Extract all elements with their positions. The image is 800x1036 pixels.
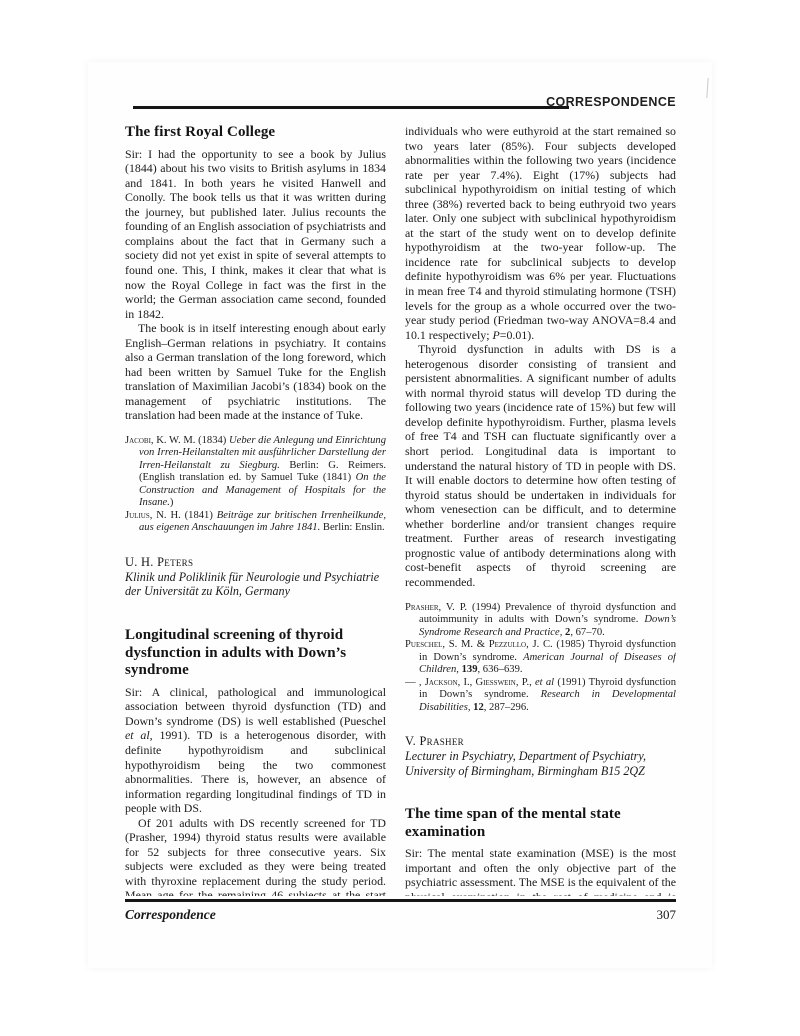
thyroid-references: Prasher, V. P. (1994) Prevalence of thyr…: [405, 602, 676, 715]
signature-prasher: V. Prasher Lecturer in Psychiatry, Depar…: [405, 734, 676, 778]
header-rule: [133, 106, 569, 109]
letter-title-mse-time-span: The time span of the mental state examin…: [405, 806, 676, 841]
signature-prasher-affiliation: Lecturer in Psychiatry, Department of Ps…: [405, 749, 676, 778]
royal-college-references: Jacobi, K. W. M. (1834) Ueber die Anlegu…: [125, 435, 386, 535]
letter-title-thyroid-screening: Longitudinal screening of thyroid dysfun…: [125, 627, 386, 680]
signature-peters-name: U. H. Peters: [125, 555, 386, 570]
letter-title-first-royal-college: The first Royal College: [125, 124, 386, 142]
signature-prasher-name: V. Prasher: [405, 734, 676, 749]
royal-college-paragraph-1: Sir: I had the opportunity to see a book…: [125, 147, 386, 322]
royal-college-paragraph-2: The book is in itself interesting enough…: [125, 321, 386, 423]
right-column: individuals who were euthyroid at the st…: [405, 124, 676, 896]
footer-journal-label: Correspondence: [125, 907, 216, 923]
mse-paragraph-1: Sir: The mental state examination (MSE) …: [405, 846, 676, 896]
reference-pueschel-pezzullo: Pueschel, S. M. & Pezzullo, J. C. (1985)…: [405, 639, 676, 677]
left-column: The first Royal College Sir: I had the o…: [125, 124, 386, 896]
reference-julius: Julius, N. H. (1841) Beiträge zur britis…: [125, 510, 386, 535]
reference-jacobi: Jacobi, K. W. M. (1834) Ueber die Anlegu…: [125, 435, 386, 510]
signature-peters: U. H. Peters Klinik und Poliklinik für N…: [125, 555, 386, 599]
footer-rule: [125, 899, 676, 902]
thyroid-paragraph-1: Sir: A clinical, pathological and immuno…: [125, 685, 386, 816]
thyroid-paragraph-2: Of 201 adults with DS recently screened …: [125, 816, 386, 896]
reference-prasher: Prasher, V. P. (1994) Prevalence of thyr…: [405, 602, 676, 640]
running-head-correspondence: CORRESPONDENCE: [540, 95, 676, 109]
thyroid-paragraph-3-continued: individuals who were euthyroid at the st…: [405, 124, 676, 342]
signature-peters-affiliation: Klinik und Poliklinik für Neurologie und…: [125, 570, 386, 599]
footer-page-number: 307: [576, 907, 676, 923]
reference-pueschel-jackson-giesswein: — , Jackson, I., Giesswein, P., et al (1…: [405, 677, 676, 715]
thyroid-paragraph-4: Thyroid dysfunction in adults with DS is…: [405, 342, 676, 589]
